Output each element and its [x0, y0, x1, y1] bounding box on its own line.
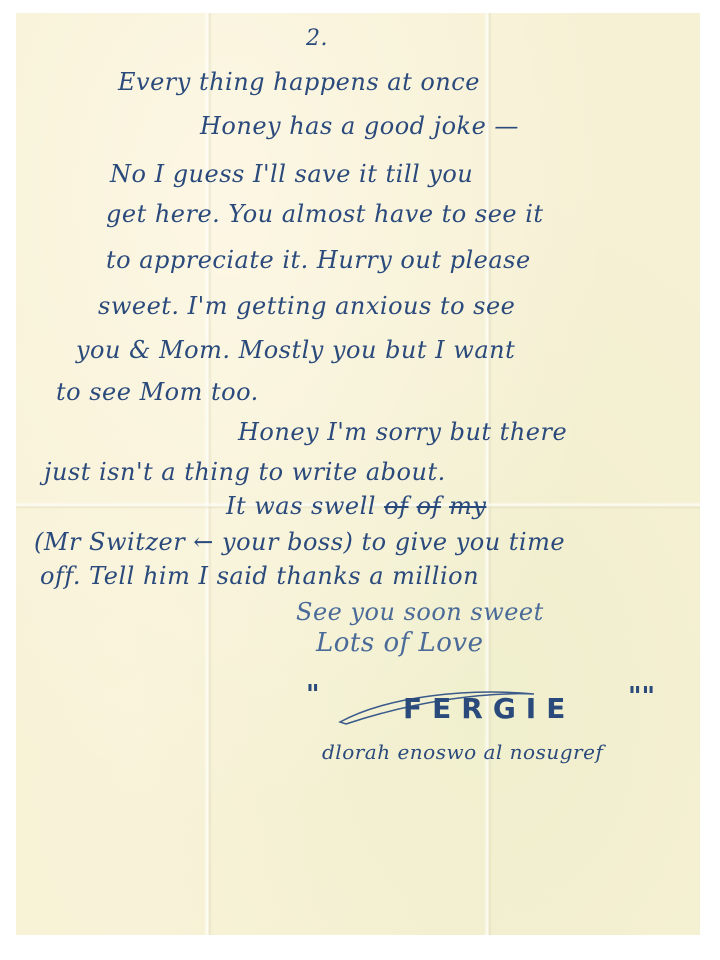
letter-line-8: to see Mom too.: [56, 378, 259, 406]
letter-line-2: Honey has a good joke —: [200, 112, 519, 140]
letter-line-13: off. Tell him I said thanks a million: [40, 562, 479, 590]
letter-line-3: No I guess I'll save it till you: [110, 160, 473, 188]
letter-line-1: Every thing happens at once: [118, 68, 480, 96]
letter-line-9: Honey I'm sorry but there: [238, 418, 567, 446]
letter-line-11: It was swell of of my: [226, 492, 486, 520]
reversed-signature-line: dlorah enoswo al nosugref: [322, 740, 603, 764]
struck-word-1: of: [384, 492, 408, 520]
letter-line-10: just isn't a thing to write about.: [44, 458, 446, 486]
fergie-block-letters: FERGIE: [403, 692, 575, 725]
letter-line-11-text: It was swell: [226, 492, 376, 520]
struck-word-3: my: [449, 492, 486, 520]
letter-line-6: sweet. I'm getting anxious to see: [98, 292, 515, 320]
letter-line-7: you & Mom. Mostly you but I want: [76, 336, 515, 364]
letter-line-12: (Mr Switzer ← your boss) to give you tim…: [34, 528, 565, 556]
page-number: 2.: [306, 26, 328, 51]
letter-line-4: get here. You almost have to see it: [106, 200, 544, 228]
close-quote-mark: "": [628, 682, 655, 712]
signature: Lots of Love: [316, 628, 484, 658]
vertical-fold-right: [484, 13, 492, 935]
closing-line: See you soon sweet: [296, 598, 544, 626]
struck-word-2: of: [417, 492, 441, 520]
fergie-nickname-block: " FERGIE "": [298, 680, 668, 730]
open-quote-mark: ": [306, 680, 320, 710]
letter-line-5: to appreciate it. Hurry out please: [106, 246, 531, 274]
